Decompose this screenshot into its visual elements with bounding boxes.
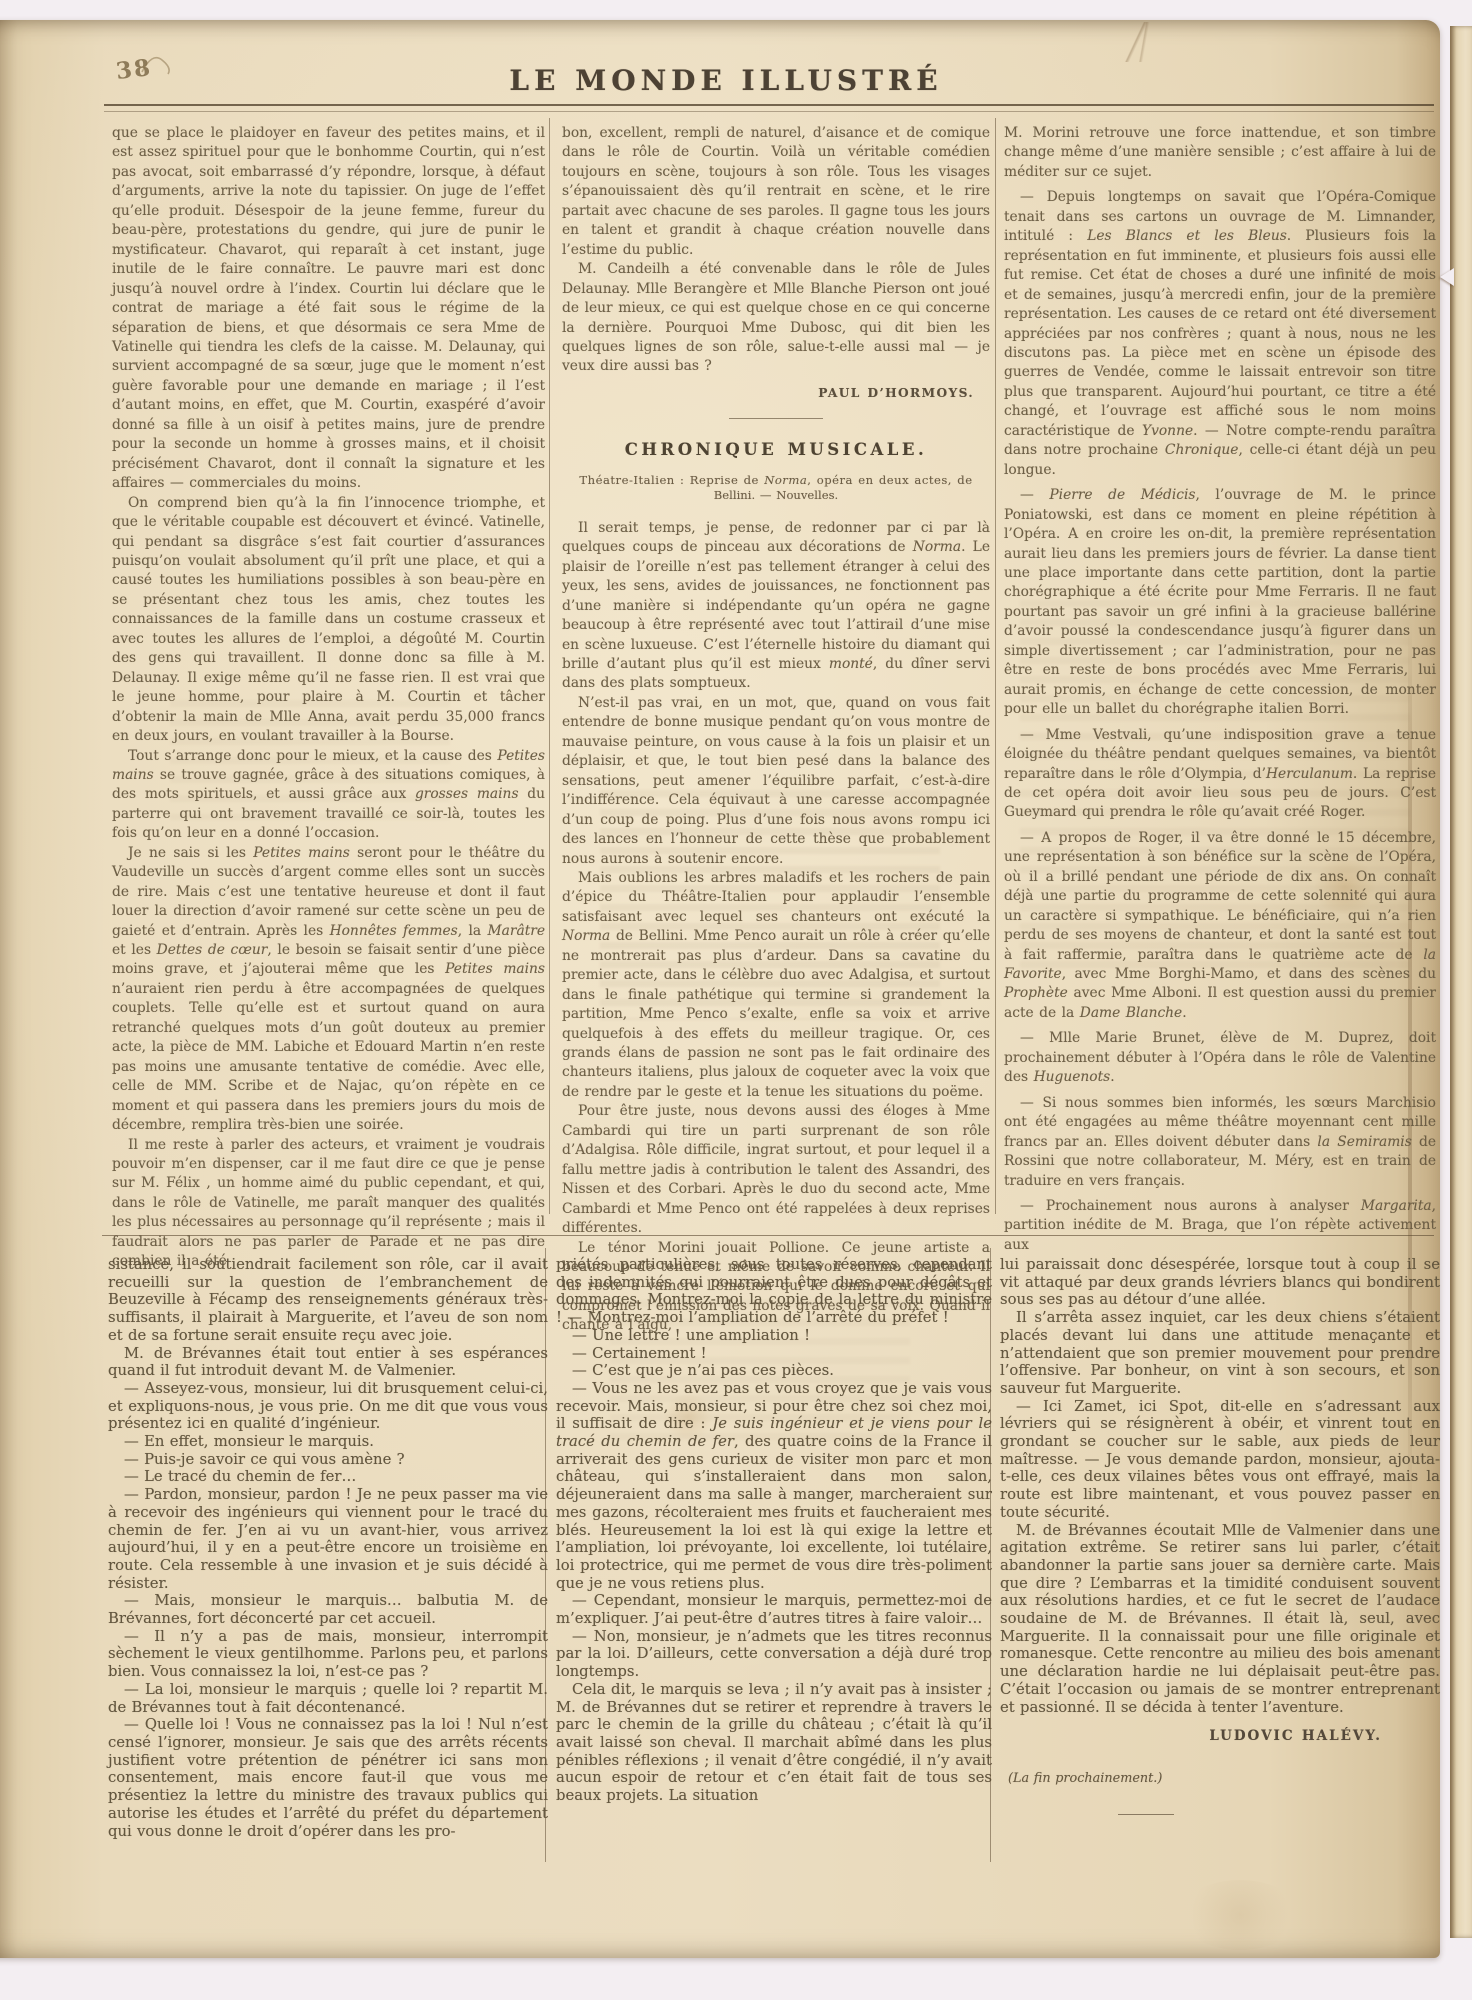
separator-rule	[729, 418, 823, 419]
page-tear-notch	[1440, 268, 1454, 286]
paragraph: — C’est que je n’ai pas ces pièces.	[556, 1362, 992, 1380]
paragraph: — Puis-je savoir ce qui vous amène ?	[108, 1451, 548, 1469]
column-divider	[545, 1248, 546, 1862]
subtitle-line: Théatre-Italien : Reprise de Norma, opér…	[562, 473, 990, 489]
paragraph: — Pardon, monsieur, pardon ! Je ne peux …	[108, 1486, 548, 1592]
column-divider	[990, 1248, 991, 1862]
paragraph: — Certainement !	[556, 1345, 992, 1363]
paragraph: M. de Brévannes écoutait Mlle de Valmeni…	[1000, 1522, 1440, 1717]
feuilleton-column-1: sistance, il soutiendrait facilement son…	[108, 1256, 548, 1840]
paragraph: — La loi, monsieur le marquis ; quelle l…	[108, 1681, 548, 1716]
paragraph: — Depuis longtemps on savait que l’Opéra…	[1004, 188, 1436, 480]
paragraph: — Il n’y a pas de mais, monsieur, interr…	[108, 1628, 548, 1681]
column-divider	[549, 118, 550, 1214]
masthead-title: LE MONDE ILLUSTRÉ	[0, 64, 1452, 97]
feuilleton-column-3: lui paraissait donc désespérée, lorsque …	[1000, 1256, 1440, 1815]
paragraph: — Pierre de Médicis, l’ouvrage de M. le …	[1004, 486, 1436, 719]
adjacent-page-edge	[1450, 26, 1472, 1938]
paragraph: — A propos de Roger, il va être donné le…	[1004, 829, 1436, 1024]
paragraph: — Mme Vestvali, qu’une indisposition gra…	[1004, 726, 1436, 823]
paragraph: On comprend bien qu’à la fin l’innocence…	[112, 494, 545, 747]
subtitle-line: Bellini. — Nouvelles.	[562, 488, 990, 504]
paragraph: sistance, il soutiendrait facilement son…	[108, 1256, 548, 1345]
paragraph: M. de Brévannes était tout entier à ses …	[108, 1345, 548, 1380]
paragraph: Il serait temps, je pense, de redonner p…	[562, 519, 990, 694]
column-2-chronique-musicale: bon, excellent, rempli de naturel, d’ais…	[562, 124, 990, 1336]
section-subtitle: Théatre-Italien : Reprise de Norma, opér…	[562, 473, 990, 504]
end-rule	[1118, 1814, 1174, 1815]
paragraph: Je ne sais si les Petites mains seront p…	[112, 844, 545, 1136]
paragraph: lui paraissait donc désespérée, lorsque …	[1000, 1256, 1440, 1309]
paragraph: M. Morini retrouve une force inattendue,…	[1004, 124, 1436, 182]
scanned-newspaper-screenshot: { "page": { "number": "38", "masthead": …	[0, 0, 1472, 2000]
paragraph: — Non, monsieur, je n’admets que les tit…	[556, 1628, 992, 1681]
header-rule	[104, 104, 1434, 112]
column-divider	[995, 118, 996, 1214]
paragraph: — Mlle Marie Brunet, élève de M. Duprez,…	[1004, 1029, 1436, 1087]
paragraph: N’est-il pas vrai, en un mot, que, quand…	[562, 694, 990, 869]
paragraph: — Prochainement nous aurons à analyser M…	[1004, 1197, 1436, 1255]
paragraph: Cela dit, le marquis se leva ; il n’y av…	[556, 1681, 992, 1805]
paragraph: — Quelle loi ! Vous ne connaissez pas la…	[108, 1716, 548, 1840]
paragraph: Pour être juste, nous devons aussi des é…	[562, 1102, 990, 1238]
paragraph: bon, excellent, rempli de naturel, d’ais…	[562, 124, 990, 260]
column-2-body: Il serait temps, je pense, de redonner p…	[562, 519, 990, 1336]
serial-continuation-note: (La fin prochainement.)	[1000, 1770, 1440, 1788]
paragraph: Il me reste à parler des acteurs, et vra…	[112, 1136, 545, 1272]
feuilleton-author-signature: LUDOVIC HALÉVY.	[1000, 1728, 1440, 1746]
paragraph: priétés particulières, sous toutes réser…	[556, 1256, 992, 1327]
corner-crease-mark	[1108, 22, 1166, 62]
section-divider-rule	[102, 1235, 1434, 1236]
feuilleton-column-3-body: lui paraissait donc désespérée, lorsque …	[1000, 1256, 1440, 1716]
paragraph: — Mais, monsieur le marquis… balbutia M.…	[108, 1592, 548, 1627]
feuilleton-column-2: priétés particulières, sous toutes réser…	[556, 1256, 992, 1805]
paragraph: — Le tracé du chemin de fer…	[108, 1468, 548, 1486]
paragraph: — Vous ne les avez pas et vous croyez qu…	[556, 1380, 992, 1592]
paragraph: Il s’arrêta assez inquiet, car les deux …	[1000, 1309, 1440, 1398]
paragraph: Tout s’arrange donc pour le mieux, et la…	[112, 747, 545, 844]
section-heading: CHRONIQUE MUSICALE.	[562, 440, 990, 459]
column-3-news-briefs: M. Morini retrouve une force inattendue,…	[1004, 124, 1436, 1255]
paragraph: — En effet, monsieur le marquis.	[108, 1433, 548, 1451]
paragraph: — Cependant, monsieur le marquis, permet…	[556, 1592, 992, 1627]
paragraph: Mais oublions les arbres maladifs et les…	[562, 869, 990, 1102]
paragraph: — Une lettre ! une ampliation !	[556, 1327, 992, 1345]
paragraph: — Ici Zamet, ici Spot, dit-elle en s’adr…	[1000, 1398, 1440, 1522]
author-signature: PAUL D’HORMOYS.	[562, 384, 990, 403]
paragraph: que se place le plaidoyer en faveur des …	[112, 124, 545, 494]
column-1-theatre-review: que se place le plaidoyer en faveur des …	[112, 124, 545, 1272]
column-2-intro: bon, excellent, rempli de naturel, d’ais…	[562, 124, 990, 377]
paragraph: — Si nous sommes bien informés, les sœur…	[1004, 1094, 1436, 1191]
paragraph: — Asseyez-vous, monsieur, lui dit brusqu…	[108, 1380, 548, 1433]
paragraph: M. Candeilh a été convenable dans le rôl…	[562, 260, 990, 377]
